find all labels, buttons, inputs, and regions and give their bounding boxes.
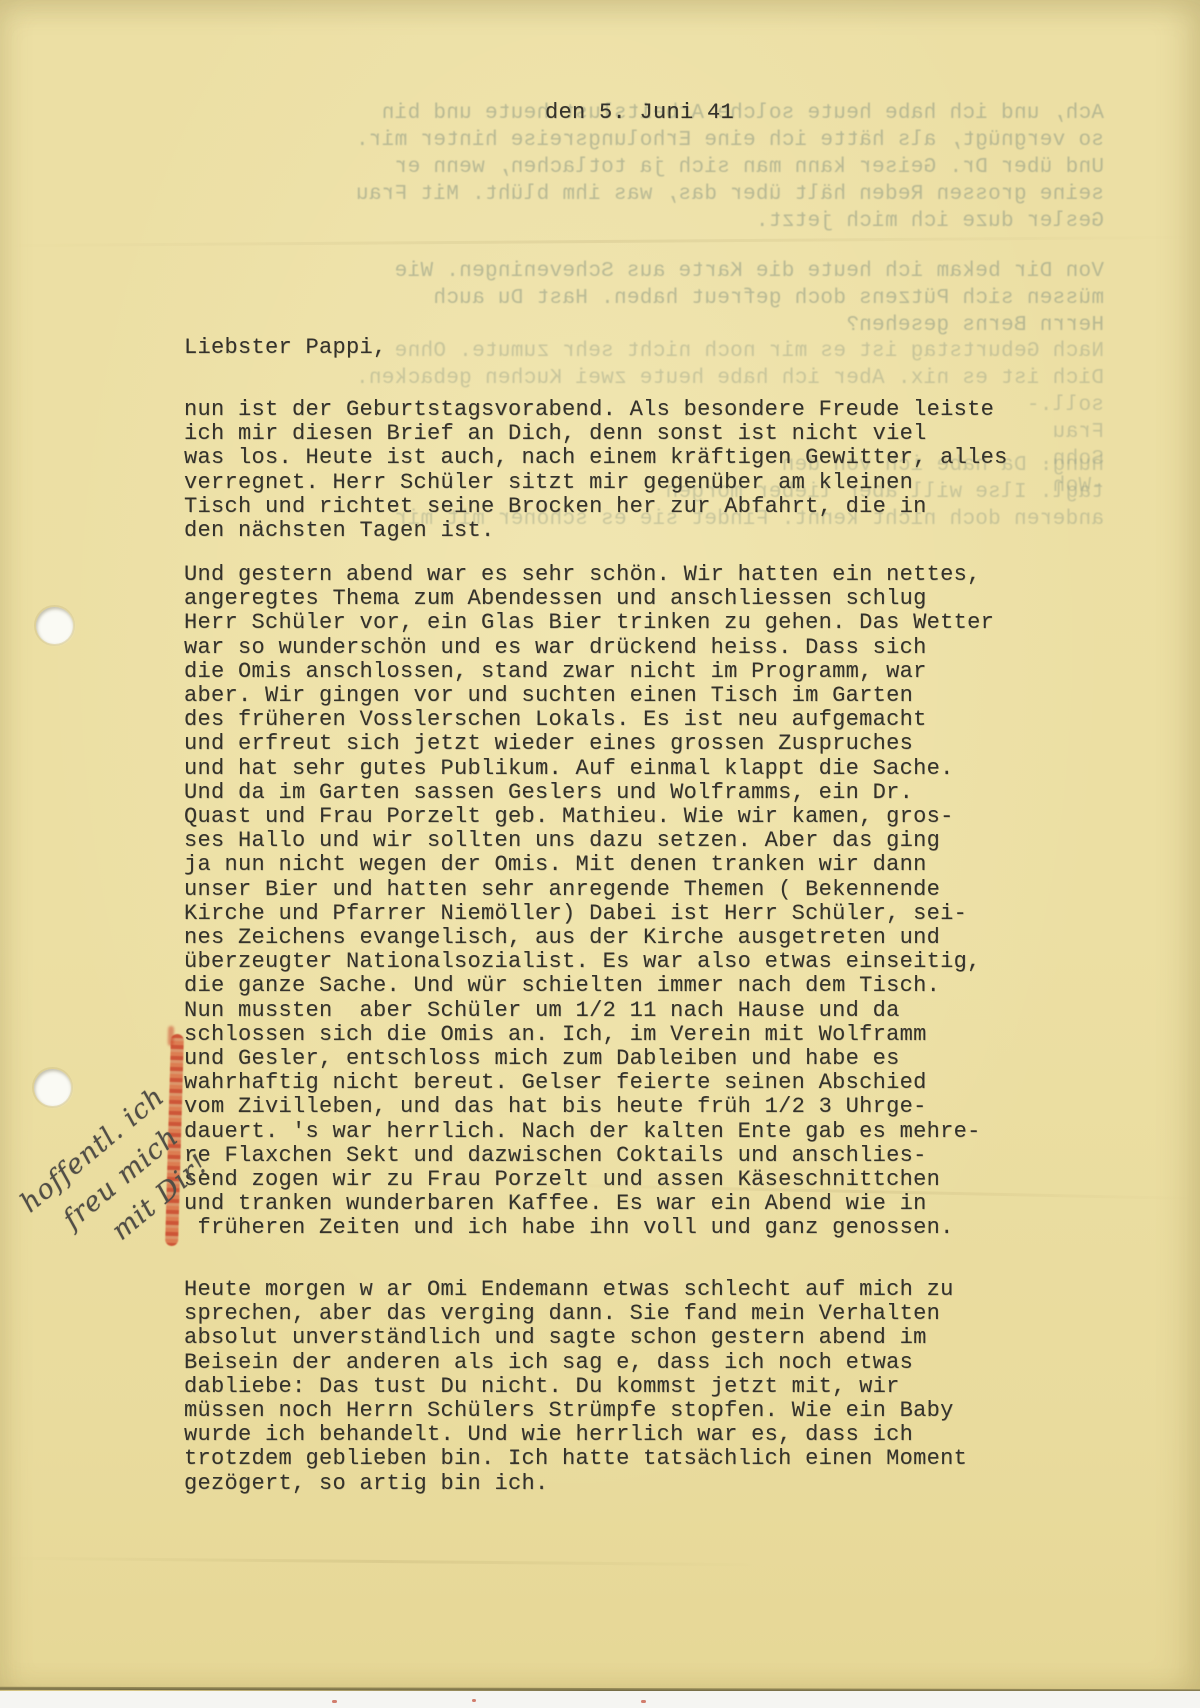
date-line: den 5. Juni 41 (545, 101, 734, 125)
scan-artifact (641, 1700, 646, 1703)
salutation: Liebster Pappi, (184, 336, 387, 360)
scan-artifact (332, 1700, 337, 1703)
letter-page: Ach, und ich habe heute solche Arbeitslu… (0, 0, 1200, 1691)
paragraph-1: nun ist der Geburtstagsvorabend. Als bes… (184, 398, 1008, 543)
bleedthrough-block-b: Von Dir bekam ich heute die Karte aus Sc… (90, 258, 1104, 339)
letter-scan: Ach, und ich habe heute solche Arbeitslu… (0, 0, 1200, 1708)
punch-hole-bottom (34, 1069, 71, 1106)
paragraph-2: Und gestern abend war es sehr schön. Wir… (184, 563, 994, 1241)
paper-crease (0, 236, 1200, 247)
punch-hole-top (36, 607, 73, 644)
paper-crease (0, 1557, 760, 1567)
scanner-background-strip (0, 1691, 1200, 1708)
paragraph-3: Heute morgen w ar Omi Endemann etwas sch… (184, 1278, 967, 1496)
scan-artifact (472, 1699, 476, 1702)
